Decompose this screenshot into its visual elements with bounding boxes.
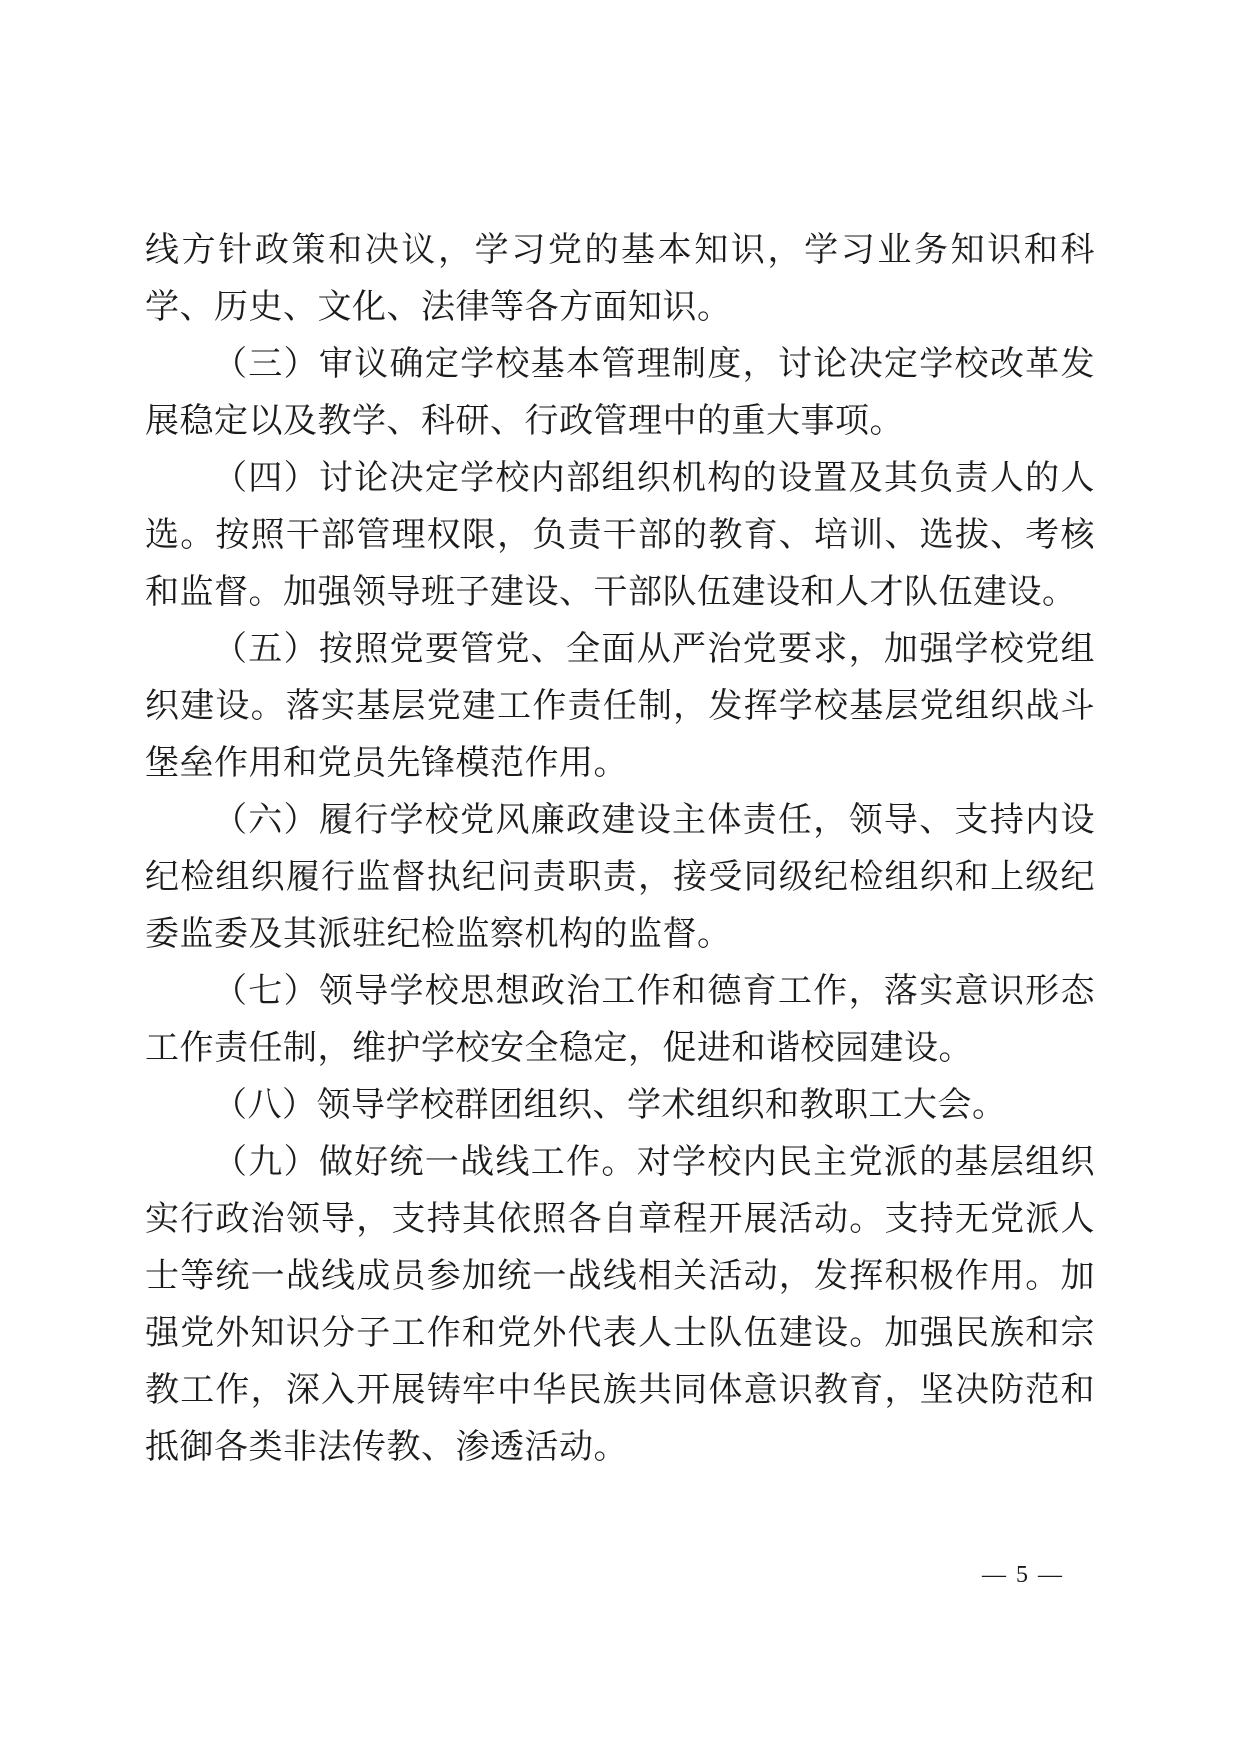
paragraph-continuation: 线方针政策和决议，学习党的基本知识，学习业务知识和科学、历史、文化、法律等各方面… [145, 222, 1095, 336]
paragraph-item-8: （八）领导学校群团组织、学术组织和教职工大会。 [145, 1077, 1095, 1134]
paragraph-item-5: （五）按照党要管党、全面从严治党要求，加强学校党组织建设。落实基层党建工作责任制… [145, 621, 1095, 792]
paragraph-item-6: （六）履行学校党风廉政建设主体责任，领导、支持内设纪检组织履行监督执纪问责职责，… [145, 792, 1095, 963]
page-number: — 5 — [982, 1560, 1064, 1590]
paragraph-item-4: （四）讨论决定学校内部组织机构的设置及其负责人的人选。按照干部管理权限，负责干部… [145, 450, 1095, 621]
document-text-block: 线方针政策和决议，学习党的基本知识，学习业务知识和科学、历史、文化、法律等各方面… [145, 222, 1095, 1476]
paragraph-item-3: （三）审议确定学校基本管理制度，讨论决定学校改革发展稳定以及教学、科研、行政管理… [145, 336, 1095, 450]
paragraph-item-7: （七）领导学校思想政治工作和德育工作，落实意识形态工作责任制，维护学校安全稳定，… [145, 963, 1095, 1077]
paragraph-item-9: （九）做好统一战线工作。对学校内民主党派的基层组织实行政治领导，支持其依照各自章… [145, 1134, 1095, 1476]
document-page: 线方针政策和决议，学习党的基本知识，学习业务知识和科学、历史、文化、法律等各方面… [0, 0, 1240, 1754]
